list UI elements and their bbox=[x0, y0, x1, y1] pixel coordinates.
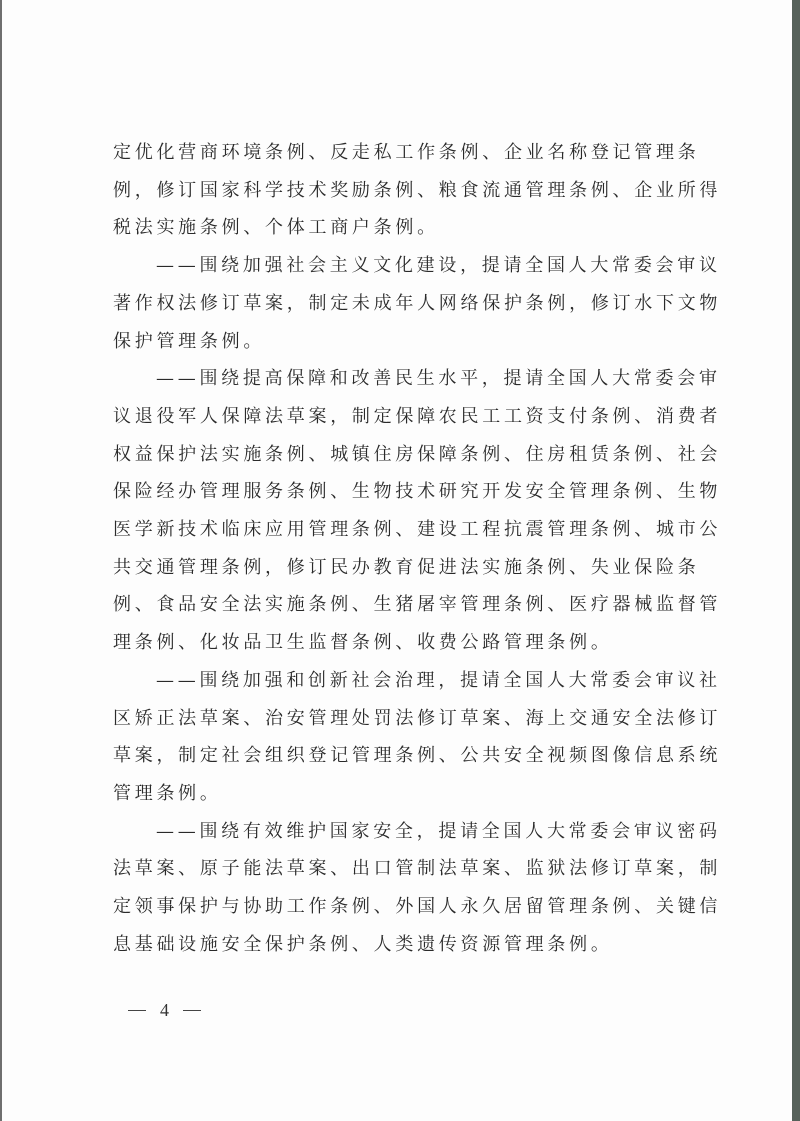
text-line: 例、食品安全法实施条例、生猪屠宰管理条例、医疗器械监督管 bbox=[113, 586, 713, 624]
text-line: ——围绕加强和创新社会治理，提请全国人大常委会审议社 bbox=[113, 662, 713, 700]
paragraph-social-governance: ——围绕加强和创新社会治理，提请全国人大常委会审议社 区矫正法草案、治安管理处罚… bbox=[113, 662, 713, 813]
text-line: 法草案、原子能法草案、出口管制法草案、监狱法修订草案，制 bbox=[113, 850, 713, 888]
text-line: 权益保护法实施条例、城镇住房保障条例、住房租赁条例、社会 bbox=[113, 436, 713, 474]
document-page: 定优化营商环境条例、反走私工作条例、企业名称登记管理条 例，修订国家科学技术奖励… bbox=[0, 0, 800, 1121]
scan-edge-right bbox=[792, 0, 800, 1121]
text-line: 定领事保护与协助工作条例、外国人永久居留管理条例、关键信 bbox=[113, 888, 713, 926]
text-line: 著作权法修订草案，制定未成年人网络保护条例，修订水下文物 bbox=[113, 285, 713, 323]
page-number-value: 4 bbox=[160, 1000, 169, 1021]
text-line: 例，修订国家科学技术奖励条例、粮食流通管理条例、企业所得 bbox=[113, 172, 713, 210]
paragraph-culture: ——围绕加强社会主义文化建设，提请全国人大常委会审议 著作权法修订草案，制定未成… bbox=[113, 247, 713, 360]
paragraph-livelihood: ——围绕提高保障和改善民生水平，提请全国人大常委会审 议退役军人保障法草案，制定… bbox=[113, 360, 713, 662]
page-number-dash-left bbox=[128, 1010, 146, 1011]
text-line: 定优化营商环境条例、反走私工作条例、企业名称登记管理条 bbox=[113, 134, 713, 172]
page-number: 4 bbox=[128, 1000, 201, 1021]
text-line: ——围绕提高保障和改善民生水平，提请全国人大常委会审 bbox=[113, 360, 713, 398]
document-body: 定优化营商环境条例、反走私工作条例、企业名称登记管理条 例，修订国家科学技术奖励… bbox=[113, 134, 713, 963]
text-line: 议退役军人保障法草案，制定保障农民工工资支付条例、消费者 bbox=[113, 398, 713, 436]
paragraph-national-security: ——围绕有效维护国家安全，提请全国人大常委会审议密码 法草案、原子能法草案、出口… bbox=[113, 813, 713, 964]
text-line: 共交通管理条例，修订民办教育促进法实施条例、失业保险条 bbox=[113, 549, 713, 587]
text-line: 保险经办管理服务条例、生物技术研究开发安全管理条例、生物 bbox=[113, 473, 713, 511]
text-line: 理条例、化妆品卫生监督条例、收费公路管理条例。 bbox=[113, 624, 713, 662]
text-line: 草案，制定社会组织登记管理条例、公共安全视频图像信息系统 bbox=[113, 737, 713, 775]
text-line: 税法实施条例、个体工商户条例。 bbox=[113, 209, 713, 247]
scan-edge-left bbox=[0, 0, 2, 1121]
text-line: 息基础设施安全保护条例、人类遗传资源管理条例。 bbox=[113, 926, 713, 964]
text-line: 区矫正法草案、治安管理处罚法修订草案、海上交通安全法修订 bbox=[113, 700, 713, 738]
text-line: ——围绕有效维护国家安全，提请全国人大常委会审议密码 bbox=[113, 813, 713, 851]
text-line: 医学新技术临床应用管理条例、建设工程抗震管理条例、城市公 bbox=[113, 511, 713, 549]
text-line: ——围绕加强社会主义文化建设，提请全国人大常委会审议 bbox=[113, 247, 713, 285]
text-line: 管理条例。 bbox=[113, 775, 713, 813]
paragraph-business-environment: 定优化营商环境条例、反走私工作条例、企业名称登记管理条 例，修订国家科学技术奖励… bbox=[113, 134, 713, 247]
text-line: 保护管理条例。 bbox=[113, 323, 713, 361]
page-number-dash-right bbox=[183, 1010, 201, 1011]
